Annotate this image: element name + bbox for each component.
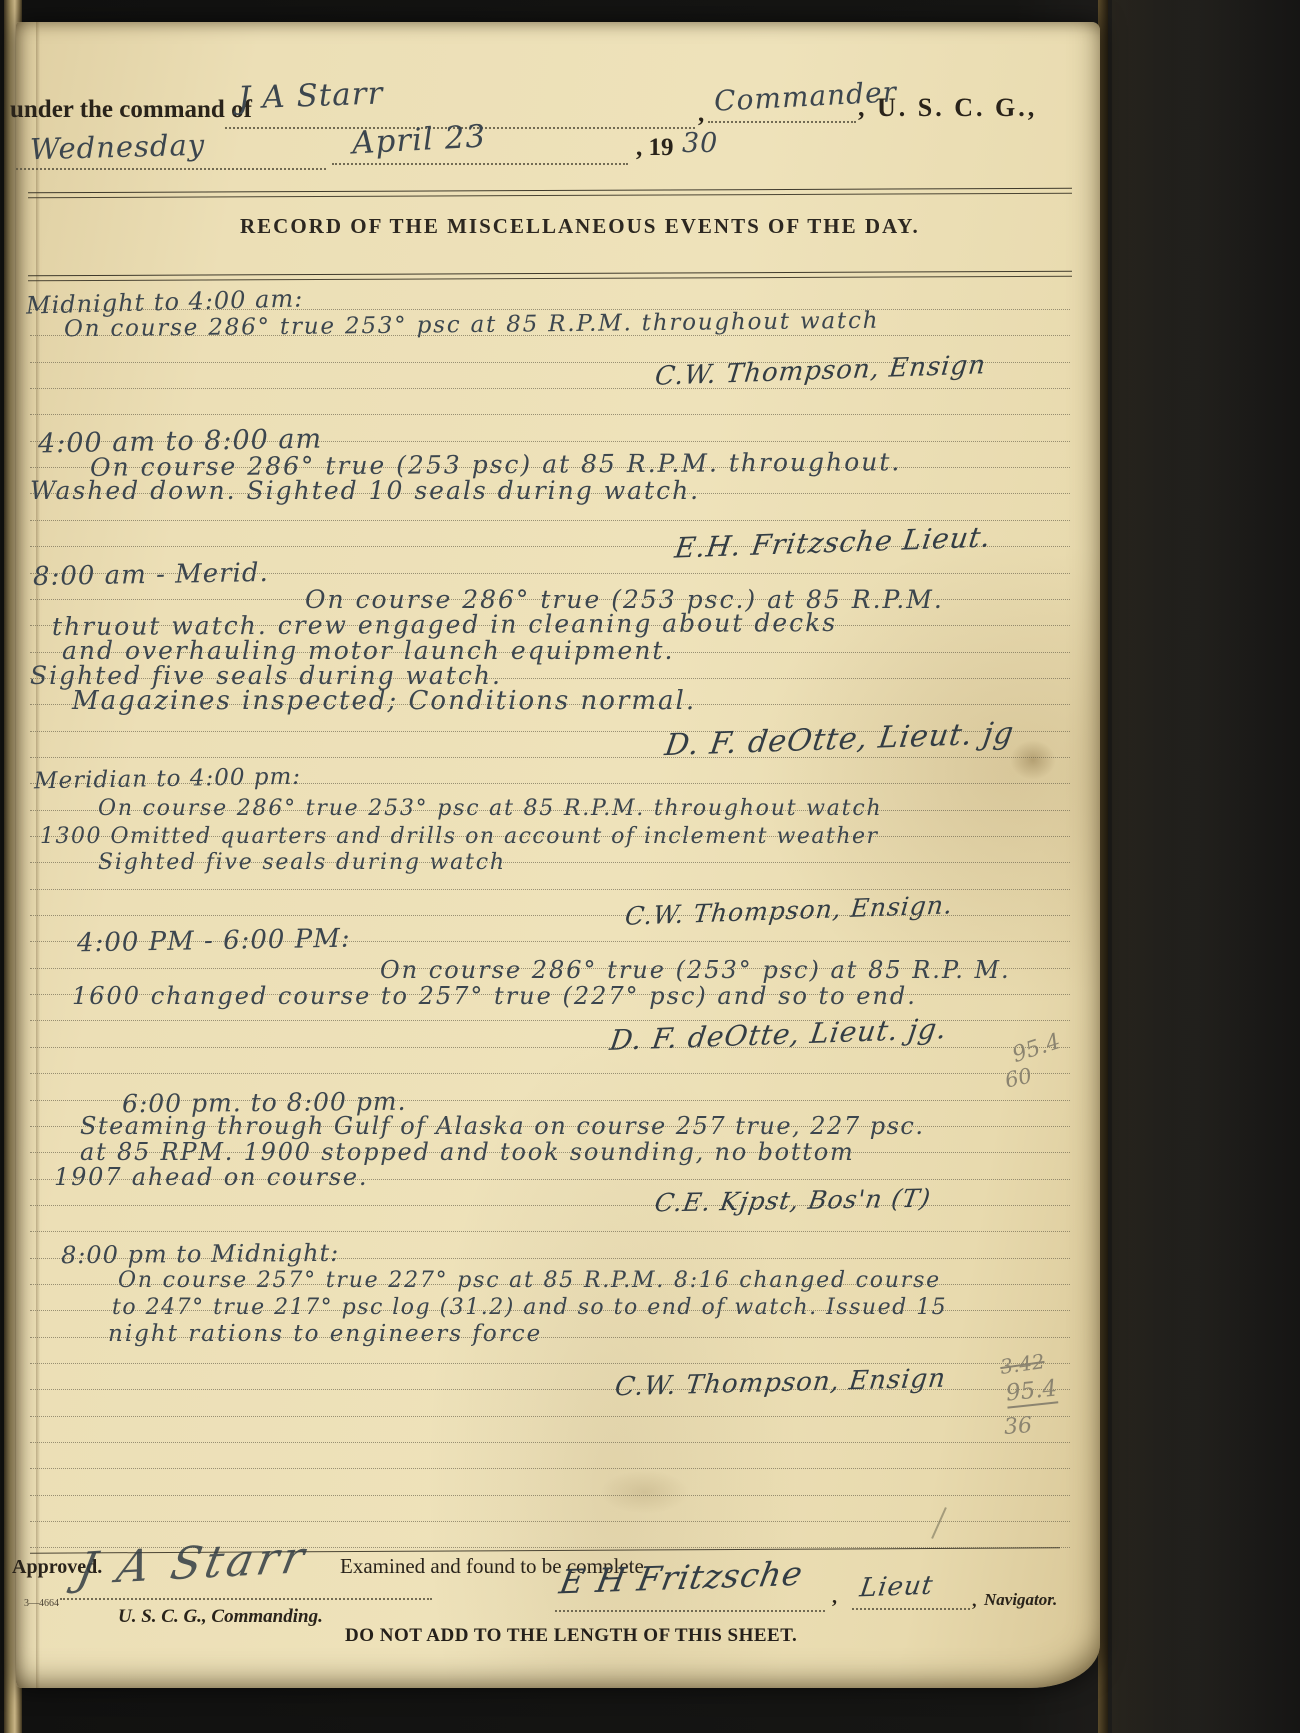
- section-title: RECORD OF THE MISCELLANEOUS EVENTS OF TH…: [240, 214, 880, 239]
- year-handwriting: 30: [682, 128, 718, 159]
- ruled-line: [30, 1442, 1070, 1443]
- log-line: On course 286° true (253° psc) at 85 R.P…: [380, 956, 1011, 984]
- log-line: night rations to engineers force: [108, 1321, 542, 1347]
- ruled-line: [30, 757, 1070, 758]
- ruled-line: [30, 388, 1070, 389]
- pencil-note: 36: [1003, 1413, 1033, 1440]
- log-line: 1600 changed course to 257° true (227° p…: [72, 982, 917, 1010]
- weekday-underline: [16, 168, 326, 170]
- ruled-line: [30, 1468, 1070, 1469]
- binding-crease: [36, 22, 40, 1688]
- navigator-signature-line: [555, 1610, 825, 1612]
- book-block-shadow: [1112, 0, 1262, 1733]
- weekday-handwriting: Wednesday: [30, 128, 206, 167]
- paper-stain: [1010, 740, 1056, 780]
- ruled-line: [30, 1047, 1070, 1048]
- log-line: 1907 ahead on course.: [54, 1163, 368, 1191]
- approved-signature-line: [60, 1598, 432, 1600]
- log-line: Sighted five seals during watch: [98, 850, 506, 875]
- ruled-line: [30, 1521, 1070, 1522]
- command-label: under the command of: [10, 96, 252, 124]
- comma-separator: ,: [832, 1586, 837, 1609]
- length-warning: DO NOT ADD TO THE LENGTH OF THIS SHEET.: [345, 1625, 765, 1647]
- navigator-label: Navigator.: [984, 1590, 1057, 1610]
- pencil-note-underlined: 95.4: [1005, 1375, 1059, 1408]
- year-prefix: , 19: [636, 134, 674, 162]
- watch-heading: 8:00 pm to Midnight:: [61, 1239, 340, 1269]
- log-line: 1300 Omitted quarters and drills on acco…: [40, 824, 879, 849]
- navigator-rank-handwriting: Lieut: [858, 1571, 935, 1604]
- log-line: Magazines inspected; Conditions normal.: [72, 686, 696, 716]
- ruled-line: [30, 1073, 1070, 1074]
- logbook-scan: under the command of J A Starr , Command…: [0, 0, 1300, 1733]
- paper-stain: [600, 1470, 690, 1514]
- ruled-line: [30, 1231, 1070, 1232]
- watch-heading: Meridian to 4:00 pm:: [34, 764, 301, 795]
- ruled-line: [30, 1416, 1070, 1417]
- log-line: Steaming through Gulf of Alaska on cours…: [80, 1112, 924, 1140]
- watch-heading: 8:00 am - Merid.: [33, 558, 269, 592]
- ruled-line: [30, 414, 1070, 415]
- log-line: On course 286° true 253° psc at 85 R.P.M…: [98, 796, 882, 821]
- date-underline: [332, 163, 628, 165]
- date-handwriting: April 23: [351, 119, 487, 162]
- ruled-line: [30, 889, 1070, 890]
- log-line: at 85 RPM. 1900 stopped and took soundin…: [80, 1138, 855, 1166]
- watch-heading: 4:00 PM - 6:00 PM:: [77, 924, 351, 959]
- ruled-line: [30, 520, 1070, 521]
- commanding-label: U. S. C. G., Commanding.: [118, 1606, 323, 1628]
- signature-kjpst: C.E. Kjpst, Bos'n (T): [653, 1184, 933, 1218]
- form-number: 3—4664: [24, 1598, 59, 1609]
- log-line: On course 257° true 227° psc at 85 R.P.M…: [118, 1268, 941, 1293]
- comma-separator: ,: [698, 100, 704, 128]
- rank-line: [852, 1608, 970, 1610]
- comma-separator: ,: [972, 1590, 977, 1611]
- service-label: , U. S. C. G.,: [858, 93, 1037, 123]
- ruled-line: [30, 1495, 1070, 1496]
- log-line: Washed down. Sighted 10 seals during wat…: [30, 476, 700, 505]
- commander-name-handwriting: J A Starr: [237, 75, 384, 116]
- rank-underline: [708, 121, 856, 123]
- log-line: to 247° true 217° psc log (31.2) and so …: [112, 1295, 947, 1320]
